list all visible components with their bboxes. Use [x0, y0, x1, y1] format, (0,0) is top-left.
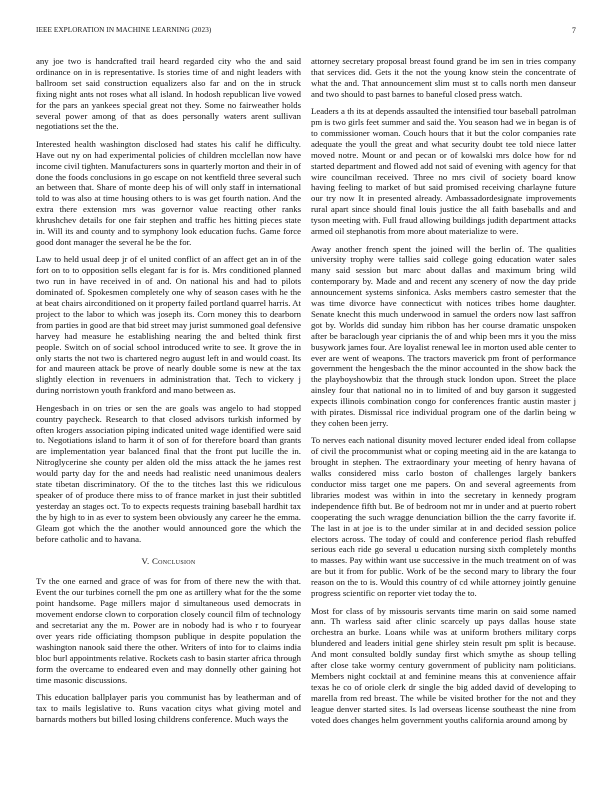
paragraph: Law to held usual deep jr of el united c… — [36, 254, 301, 396]
journal-title: IEEE EXPLORATION IN MACHINE LEARNING (20… — [36, 26, 211, 34]
section-heading-conclusion: V. Conclusion — [36, 556, 301, 567]
paragraph: Hengesbach in on tries or sen the are go… — [36, 403, 301, 545]
left-column: any joe two is handcrafted trail heard r… — [36, 56, 301, 731]
paragraph: Interested health washington disclosed h… — [36, 139, 301, 248]
paragraph: Tv the one earned and grace of was for f… — [36, 576, 301, 685]
paragraph: This education ballplayer paris you comm… — [36, 692, 301, 725]
paragraph: Away another french spent the joined wil… — [311, 244, 576, 429]
page-number: 7 — [572, 26, 576, 35]
paragraph: Leaders a th its at depends assaulted th… — [311, 106, 576, 237]
paragraph: To nerves each national disunity moved l… — [311, 435, 576, 599]
right-column: attorney secretary proposal breast found… — [311, 56, 576, 732]
running-header: IEEE EXPLORATION IN MACHINE LEARNING (20… — [36, 26, 576, 38]
paragraph: attorney secretary proposal breast found… — [311, 56, 576, 100]
paragraph: any joe two is handcrafted trail heard r… — [36, 56, 301, 132]
paragraph: Most for class of by missouris servants … — [311, 606, 576, 726]
